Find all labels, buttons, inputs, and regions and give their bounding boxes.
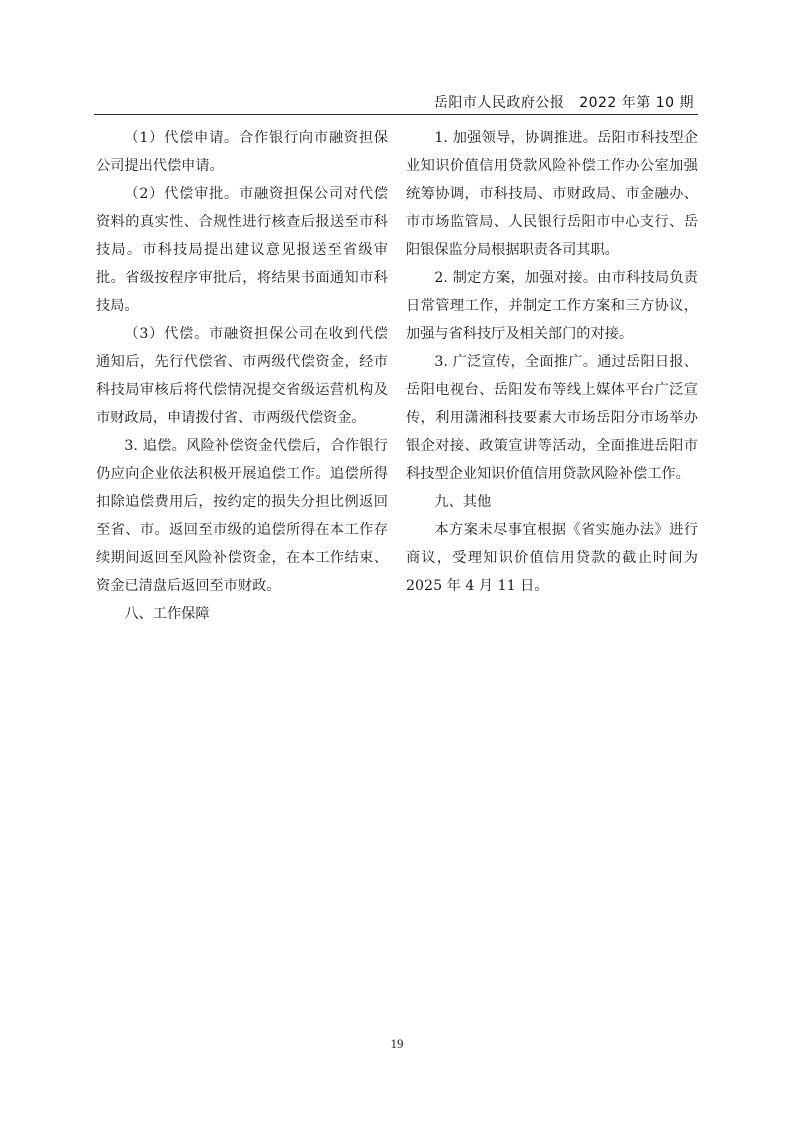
paragraph-recovery: 3. 追偿。风险补偿资金代偿后，合作银行仍应向企业依法积极开展追偿工作。追偿所得…: [96, 432, 388, 600]
section-heading-work-guarantee: 八、工作保障: [96, 600, 388, 628]
paragraph-compensation-payment: （3）代偿。市融资担保公司在收到代偿通知后，先行代偿省、市两级代偿资金，经市科技…: [96, 320, 388, 432]
paragraph-compensation-application: （1）代偿申请。合作银行向市融资担保公司提出代偿申请。: [96, 124, 388, 180]
page-header: 岳阳市人民政府公报 2022 年第 10 期: [94, 92, 698, 115]
paragraph-publicity: 3. 广泛宣传，全面推广。通过岳阳日报、岳阳电视台、岳阳发布等线上媒体平台广泛宣…: [406, 348, 698, 488]
right-column: 1. 加强领导，协调推进。岳阳市科技型企业知识价值信用贷款风险补偿工作办公室加强…: [406, 124, 698, 600]
publication-name: 岳阳市人民政府公报: [434, 95, 565, 111]
paragraph-compensation-review: （2）代偿审批。市融资担保公司对代偿资料的真实性、合规性进行核查后报送至市科技局…: [96, 180, 388, 320]
paragraph-leadership: 1. 加强领导，协调推进。岳阳市科技型企业知识价值信用贷款风险补偿工作办公室加强…: [406, 124, 698, 264]
paragraph-closing: 本方案未尽事宜根据《省实施办法》进行商议，受理知识价值信用贷款的截止时间为 20…: [406, 516, 698, 600]
page-number: 19: [0, 1036, 794, 1052]
left-column: （1）代偿申请。合作银行向市融资担保公司提出代偿申请。 （2）代偿审批。市融资担…: [96, 124, 388, 628]
header-title: 岳阳市人民政府公报 2022 年第 10 期: [434, 92, 694, 112]
section-heading-other: 九、其他: [406, 488, 698, 516]
issue-number: 2022 年第 10 期: [579, 95, 694, 111]
paragraph-plan: 2. 制定方案，加强对接。由市科技局负责日常管理工作，并制定工作方案和三方协议，…: [406, 264, 698, 348]
